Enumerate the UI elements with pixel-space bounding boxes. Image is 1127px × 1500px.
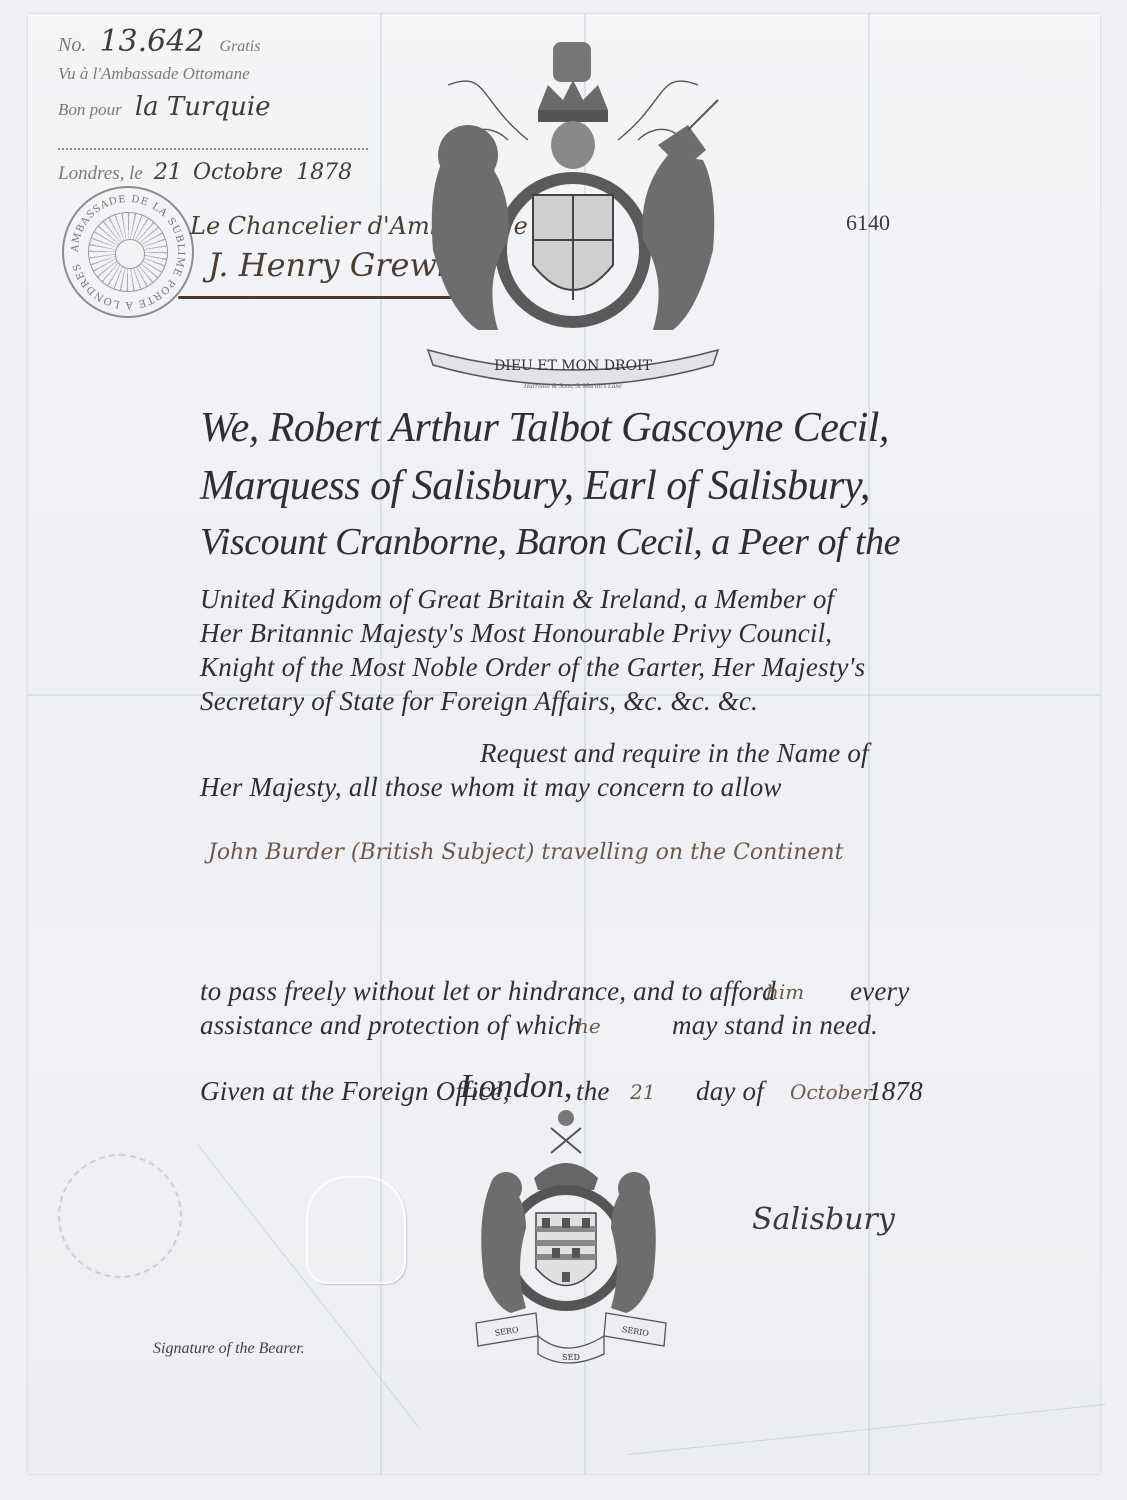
- request-line-4-end: may stand in need.: [672, 1010, 878, 1041]
- given-the: the: [576, 1076, 610, 1107]
- visa-fee: Gratis: [220, 38, 261, 55]
- royal-arms-icon: DIEU ET MON DROIT Harrison & Sons, St Ma…: [388, 30, 758, 392]
- visa-line-1: Vu à l'Ambassade Ottomane: [58, 64, 250, 84]
- visa-bon-pour: Bon pour: [58, 100, 122, 119]
- dotted-rule: [58, 148, 368, 150]
- given-day: 21: [630, 1080, 655, 1104]
- crease: [628, 1404, 1105, 1455]
- svg-text:SED: SED: [562, 1353, 580, 1362]
- preamble-line-1: We, Robert Arthur Talbot Gascoyne Cecil,: [200, 404, 889, 452]
- visa-month: Octobre: [193, 160, 283, 185]
- stamp-sunburst: [88, 212, 168, 292]
- preamble-line-3: Viscount Cranborne, Baron Cecil, a Peer …: [200, 520, 900, 564]
- faint-circular-stamp: [58, 1154, 182, 1278]
- given-year: 1878: [868, 1076, 923, 1107]
- request-line-3-end: every: [850, 976, 909, 1007]
- visa-destination: la Turquie: [135, 92, 271, 122]
- visa-number: 13.642: [99, 24, 204, 59]
- secretary-signature: Salisbury: [752, 1202, 895, 1237]
- preamble-line-6: Knight of the Most Noble Order of the Ga…: [200, 652, 865, 683]
- request-line-4: assistance and protection of which: [200, 1010, 581, 1041]
- visa-place-prefix: Londres, le: [58, 163, 143, 184]
- request-line-3: to pass freely without let or hindrance,…: [200, 976, 776, 1007]
- given-month: October: [790, 1080, 872, 1104]
- visa-number-label: No.: [58, 34, 86, 56]
- serial-number: 6140: [846, 210, 890, 236]
- pronoun-object: him: [766, 980, 804, 1004]
- svg-text:DIEU ET MON DROIT: DIEU ET MON DROIT: [494, 358, 653, 374]
- crescent-star-icon: [115, 239, 145, 269]
- royal-coat-of-arms: DIEU ET MON DROIT Harrison & Sons, St Ma…: [388, 30, 758, 392]
- request-line-2: Her Majesty, all those whom it may conce…: [200, 772, 782, 803]
- svg-text:Harrison & Sons, St Martin's L: Harrison & Sons, St Martin's Lane: [523, 382, 622, 390]
- ottoman-embassy-stamp: AMBASSADE DE LA SUBLIME PORTE A LONDRES: [62, 186, 194, 318]
- salisbury-arms-icon: SERO SED SERIO: [456, 1108, 692, 1370]
- preamble-line-7: Secretary of State for Foreign Affairs, …: [200, 686, 758, 717]
- request-line-1: Request and require in the Name of: [480, 738, 869, 769]
- bearer-name-entry: John Burder (British Subject) travelling…: [208, 840, 843, 865]
- preamble-line-5: Her Britannic Majesty's Most Honourable …: [200, 618, 832, 649]
- preamble-line-4: United Kingdom of Great Britain & Irelan…: [200, 584, 834, 615]
- bearer-signature-label: Signature of the Bearer.: [153, 1340, 305, 1358]
- embossed-fee-seal: [306, 1176, 406, 1284]
- passport-sheet: No. 13.642 Gratis Vu à l'Ambassade Ottom…: [28, 14, 1100, 1474]
- given-place: London,: [460, 1068, 572, 1106]
- visa-year: 1878: [296, 160, 352, 185]
- pronoun-subject: he: [576, 1014, 601, 1038]
- preamble-line-2: Marquess of Salisbury, Earl of Salisbury…: [200, 462, 870, 510]
- salisbury-coat-of-arms: SERO SED SERIO: [456, 1108, 692, 1370]
- given-day-of: day of: [696, 1076, 764, 1107]
- visa-day: 21: [154, 160, 182, 185]
